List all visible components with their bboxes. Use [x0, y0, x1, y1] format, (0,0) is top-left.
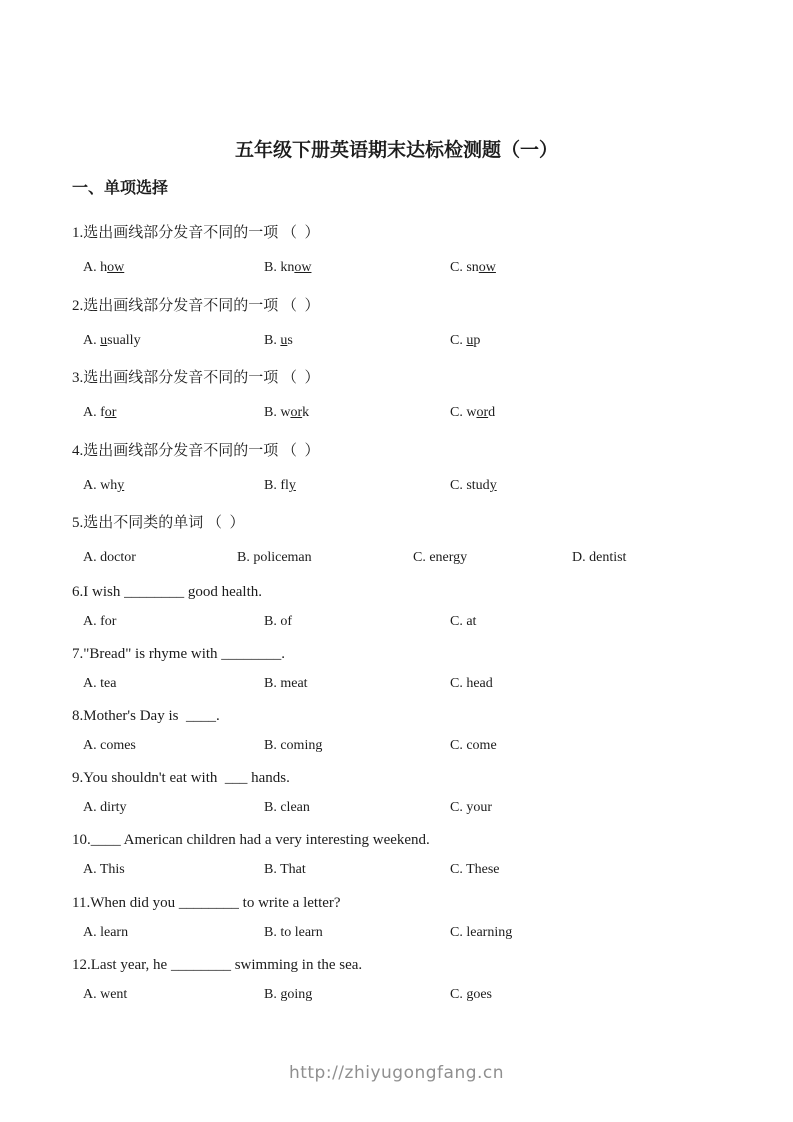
option-a: A. usually — [83, 333, 141, 350]
option-text: C. w — [450, 405, 476, 420]
question-text: 1.选出画线部分发音不同的一项 （ ） — [72, 224, 320, 242]
question-text: 3.选出画线部分发音不同的一项 （ ） — [72, 369, 320, 387]
option-text: B. going — [264, 987, 312, 1002]
option-text: B. — [264, 333, 280, 348]
option-a: A. why — [83, 478, 124, 495]
option-text: B. fl — [264, 478, 289, 493]
option-c: C. These — [450, 862, 500, 879]
option-text: sually — [107, 333, 140, 348]
option-c: C. study — [450, 478, 497, 495]
option-c: C. learning — [450, 925, 512, 942]
option-b: B. clean — [264, 800, 310, 817]
option-text: A. wh — [83, 478, 117, 493]
option-a: A. This — [83, 862, 125, 879]
option-b: B. work — [264, 405, 309, 422]
question-block-3: 3.选出画线部分发音不同的一项 （ ） A. for B. work C. wo… — [0, 369, 793, 431]
footer-url: http://zhiyugongfang.cn — [0, 1063, 793, 1083]
option-text: C. come — [450, 738, 497, 753]
option-a: A. dirty — [83, 800, 127, 817]
option-b: B. to learn — [264, 925, 323, 942]
underlined-letters: y — [289, 478, 296, 493]
option-b: B. That — [264, 862, 306, 879]
option-b: B. going — [264, 987, 312, 1004]
question-block-9: 9.You shouldn't eat with ___ hands. A. d… — [0, 769, 793, 831]
underlined-letters: y — [490, 478, 497, 493]
question-text: 7."Bread" is rhyme with ________. — [72, 645, 285, 663]
option-text: B. kn — [264, 260, 294, 275]
option-text: A. for — [83, 614, 116, 629]
option-text: A. — [83, 333, 100, 348]
question-text: 2.选出画线部分发音不同的一项 （ ） — [72, 297, 320, 315]
question-text: 11.When did you ________ to write a lett… — [72, 894, 341, 912]
option-c: C. head — [450, 676, 493, 693]
option-text: B. to learn — [264, 925, 323, 940]
question-block-12: 12.Last year, he ________ swimming in th… — [0, 956, 793, 1018]
underlined-letters: ow — [294, 260, 311, 275]
option-b: B. know — [264, 260, 311, 277]
option-a: A. for — [83, 614, 116, 631]
option-d: D. dentist — [572, 550, 626, 567]
option-text: B. policeman — [237, 550, 312, 565]
option-a: A. comes — [83, 738, 136, 755]
option-text: p — [473, 333, 480, 348]
question-text: 6.I wish ________ good health. — [72, 583, 262, 601]
option-c: C. snow — [450, 260, 496, 277]
option-a: A. how — [83, 260, 124, 277]
option-c: C. energy — [413, 550, 467, 567]
option-text: A. This — [83, 862, 125, 877]
option-text: B. of — [264, 614, 292, 629]
option-text: C. your — [450, 800, 492, 815]
option-text: B. That — [264, 862, 306, 877]
option-text: C. stud — [450, 478, 490, 493]
question-text: 12.Last year, he ________ swimming in th… — [72, 956, 362, 974]
exam-paper-page: 五年级下册英语期末达标检测题（一） 一、单项选择 1.选出画线部分发音不同的一项… — [0, 0, 793, 1122]
option-text: k — [302, 405, 309, 420]
question-block-7: 7."Bread" is rhyme with ________. A. tea… — [0, 645, 793, 707]
question-text: 8.Mother's Day is ____. — [72, 707, 220, 725]
option-b: B. policeman — [237, 550, 312, 567]
question-block-10: 10.____ American children had a very int… — [0, 831, 793, 893]
option-text: D. dentist — [572, 550, 626, 565]
option-text: A. h — [83, 260, 107, 275]
option-text: d — [488, 405, 495, 420]
option-text: B. clean — [264, 800, 310, 815]
option-text: C. head — [450, 676, 493, 691]
option-text: A. learn — [83, 925, 128, 940]
question-text: 10.____ American children had a very int… — [72, 831, 430, 849]
option-text: A. went — [83, 987, 127, 1002]
option-text: C. sn — [450, 260, 479, 275]
option-c: C. your — [450, 800, 492, 817]
page-title: 五年级下册英语期末达标检测题（一） — [0, 135, 793, 162]
option-text: B. w — [264, 405, 290, 420]
option-a: A. went — [83, 987, 127, 1004]
option-c: C. up — [450, 333, 480, 350]
question-block-5: 5.选出不同类的单词 （ ） A. doctor B. policeman C.… — [0, 514, 793, 576]
question-block-11: 11.When did you ________ to write a lett… — [0, 894, 793, 956]
underlined-letters: or — [290, 405, 302, 420]
option-text: C. — [450, 333, 466, 348]
question-block-6: 6.I wish ________ good health. A. for B.… — [0, 583, 793, 645]
option-text: C. learning — [450, 925, 512, 940]
option-text: C. energy — [413, 550, 467, 565]
underlined-letters: ow — [479, 260, 496, 275]
option-b: B. fly — [264, 478, 296, 495]
question-text: 5.选出不同类的单词 （ ） — [72, 514, 245, 532]
option-text: A. f — [83, 405, 105, 420]
question-text: 4.选出画线部分发音不同的一项 （ ） — [72, 442, 320, 460]
underlined-letters: or — [476, 405, 488, 420]
option-a: A. doctor — [83, 550, 136, 567]
option-b: B. coming — [264, 738, 322, 755]
underlined-letters: or — [105, 405, 117, 420]
option-text: C. at — [450, 614, 476, 629]
option-c: C. at — [450, 614, 476, 631]
option-b: B. of — [264, 614, 292, 631]
option-text: B. coming — [264, 738, 322, 753]
option-text: s — [287, 333, 292, 348]
question-block-8: 8.Mother's Day is ____. A. comes B. comi… — [0, 707, 793, 769]
underlined-letters: y — [117, 478, 124, 493]
option-b: B. us — [264, 333, 293, 350]
underlined-letters: ow — [107, 260, 124, 275]
option-text: A. tea — [83, 676, 116, 691]
option-text: A. comes — [83, 738, 136, 753]
question-text: 9.You shouldn't eat with ___ hands. — [72, 769, 290, 787]
question-block-1: 1.选出画线部分发音不同的一项 （ ） A. how B. know C. sn… — [0, 224, 793, 286]
question-block-2: 2.选出画线部分发音不同的一项 （ ） A. usually B. us C. … — [0, 297, 793, 359]
option-a: A. for — [83, 405, 116, 422]
option-b: B. meat — [264, 676, 308, 693]
option-text: B. meat — [264, 676, 308, 691]
option-c: C. word — [450, 405, 495, 422]
option-text: C. These — [450, 862, 500, 877]
option-text: A. dirty — [83, 800, 127, 815]
question-block-4: 4.选出画线部分发音不同的一项 （ ） A. why B. fly C. stu… — [0, 442, 793, 504]
option-c: C. goes — [450, 987, 492, 1004]
option-text: A. doctor — [83, 550, 136, 565]
section-heading: 一、单项选择 — [72, 175, 168, 198]
option-a: A. tea — [83, 676, 116, 693]
option-text: C. goes — [450, 987, 492, 1002]
option-a: A. learn — [83, 925, 128, 942]
option-c: C. come — [450, 738, 497, 755]
